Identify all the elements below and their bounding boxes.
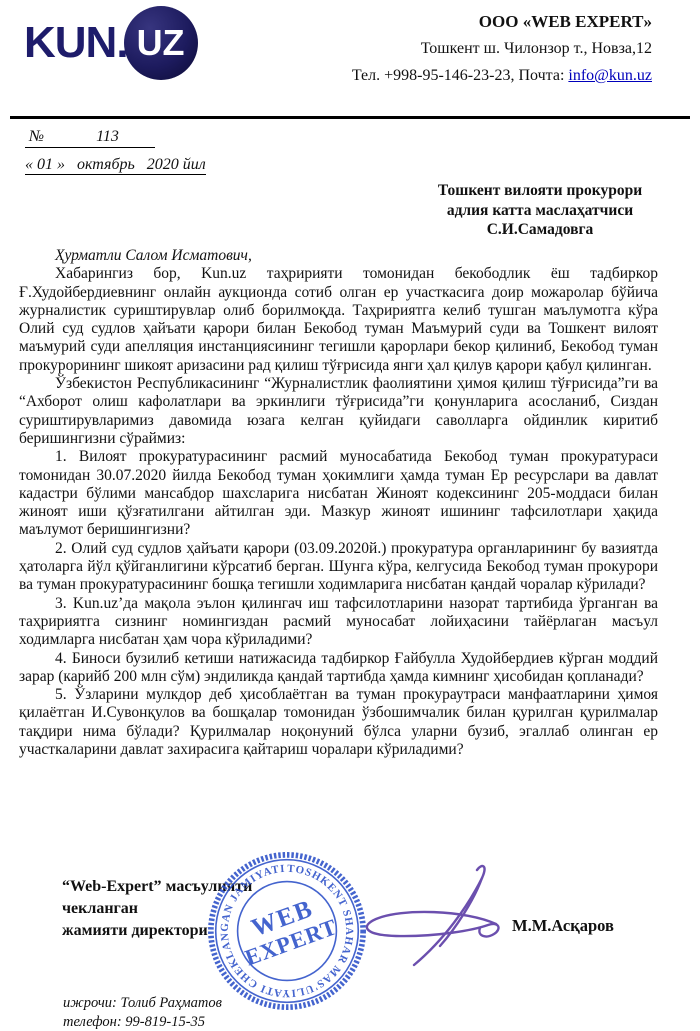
executor-line: ижрочи: Толиб Раҳматов — [63, 994, 222, 1013]
question-item: 1. Вилоят прокуратурасининг расмий мунос… — [19, 448, 658, 539]
company-stamp-icon: TOSHKENT SHAHAR MAS'ULIYATI CHEKLANGAN J… — [206, 850, 368, 1012]
question-item: 3. Kun.uz’да мақола эълон қилингач иш та… — [19, 595, 658, 650]
doc-date-line: « 01 » октябрь 2020 йил — [25, 156, 206, 174]
letterhead-contact-block: ООО «WEB EXPERT» Тошкент ш. Чилонзор т.,… — [352, 8, 652, 89]
question-item: 2. Олий суд судлов ҳайъати қарори (03.09… — [19, 540, 658, 595]
company-address: Тошкент ш. Чилонзор т., Новза,12 — [352, 35, 652, 62]
doc-number-label: № — [29, 128, 44, 146]
phone-text: Тел. +998-95-146-23-23, Почта: — [352, 67, 569, 84]
recipient-block: Тошкент вилояти прокурори адлия катта ма… — [425, 181, 655, 240]
logo-uz-circle-icon: UZ — [124, 6, 198, 80]
logo-uz-text: UZ — [137, 22, 185, 64]
signatory-name: М.М.Асқаров — [512, 916, 614, 936]
doc-number-line: № 113 — [25, 128, 155, 148]
company-name: ООО «WEB EXPERT» — [352, 8, 652, 35]
doc-number-value: 113 — [96, 128, 119, 146]
recipient-line: Тошкент вилояти прокурори — [425, 181, 655, 201]
paragraph-legal-basis: Ўзбекистон Республикасининг “Журналистли… — [19, 375, 658, 448]
logo-kun-text: KUN. — [24, 18, 128, 68]
question-item: 5. Ўзларини мулкдор деб ҳисоблаётган ва … — [19, 686, 658, 759]
email-link[interactable]: info@kun.uz — [568, 67, 652, 84]
kunuz-logo: KUN. UZ — [24, 6, 198, 80]
executor-block: ижрочи: Толиб Раҳматов телефон: 99-819-1… — [63, 994, 222, 1031]
doc-date-value: « 01 » октябрь 2020 йил — [25, 156, 206, 175]
recipient-line: адлия катта маслаҳатчиси — [425, 201, 655, 221]
letter-page: KUN. UZ ООО «WEB EXPERT» Тошкент ш. Чило… — [0, 0, 700, 1031]
paragraph-intro: Хабарингиз бор, Kun.uz таҳририяти томони… — [19, 265, 658, 375]
header-divider — [10, 116, 690, 119]
company-phone-line: Тел. +998-95-146-23-23, Почта: info@kun.… — [352, 62, 652, 89]
recipient-line: С.И.Самадовга — [425, 220, 655, 240]
signature-scribble-icon — [356, 862, 524, 974]
doc-number-underline: № 113 — [25, 128, 155, 148]
salutation: Ҳурматли Салом Исматович, — [19, 247, 658, 265]
question-item: 4. Биноси бузилиб кетиши натижасида тадб… — [19, 650, 658, 687]
letter-body: Ҳурматли Салом Исматович, Хабарингиз бор… — [19, 247, 658, 759]
executor-phone-line: телефон: 99-819-15-35 — [63, 1013, 222, 1031]
